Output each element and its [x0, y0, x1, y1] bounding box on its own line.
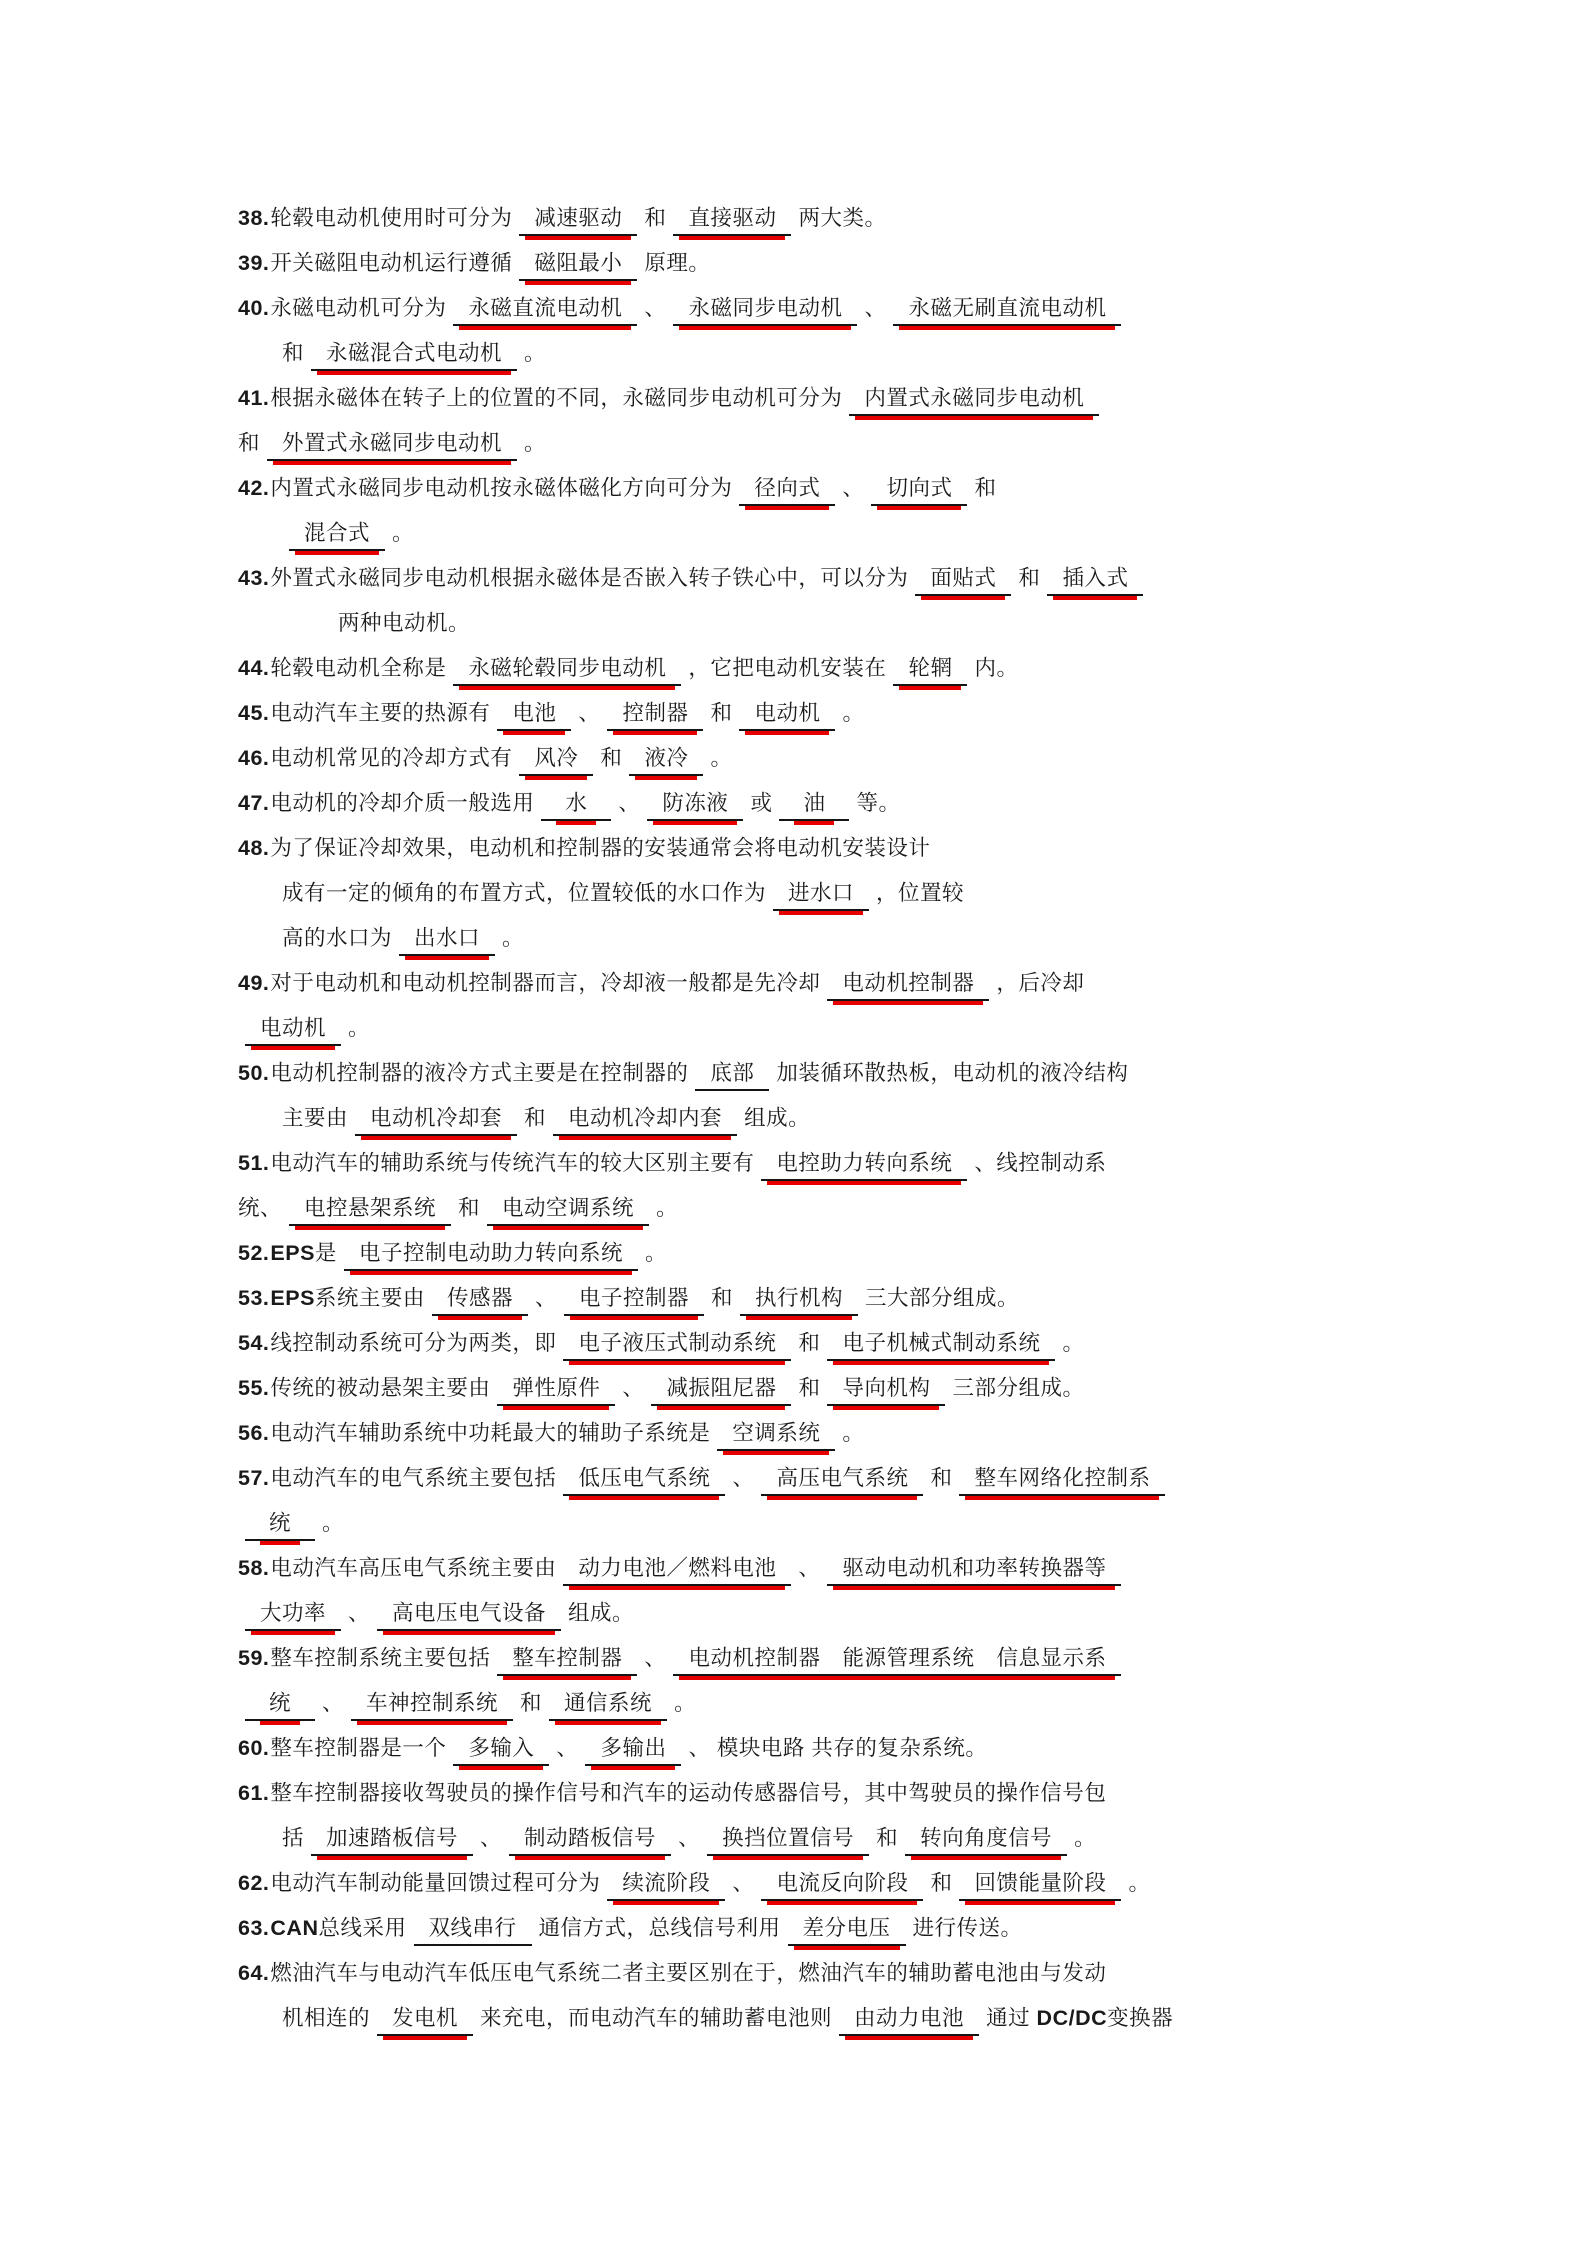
- question-text: 和: [974, 476, 996, 500]
- question-text: 为了保证冷却效果，电动机和控制器的安装通常会将电动机安装设计: [270, 836, 930, 860]
- answer-text: 多输出: [600, 1735, 666, 1761]
- answer-text: 电子控制器: [579, 1285, 689, 1311]
- question-text: 、: [535, 1286, 557, 1310]
- question-text: 统、: [238, 1196, 282, 1220]
- answer-text: 回馈能量阶段: [974, 1870, 1106, 1896]
- answer-text: 永磁直流电动机: [468, 295, 622, 321]
- question-text: 。: [392, 521, 414, 545]
- answer-text: 整车控制器: [512, 1645, 622, 1671]
- question-text: 主要由: [282, 1106, 348, 1130]
- question-text: 和: [238, 431, 260, 455]
- answer-blank: 减速驱动: [519, 205, 637, 236]
- answer-blank: 插入式: [1047, 565, 1143, 596]
- question-text: 燃油汽车与电动汽车低压电气系统二者主要区别在于，燃油汽车的辅助蓄电池由与发动: [270, 1961, 1106, 1985]
- answer-blank: 发电机: [377, 2005, 473, 2036]
- question-text: 。: [1062, 1331, 1084, 1355]
- question-text: 内置式永磁同步电动机按永磁体磁化方向可分为: [270, 476, 732, 500]
- answer-blank: 加速踏板信号: [311, 1825, 473, 1856]
- question-text: 和: [876, 1826, 898, 1850]
- question-text: 括: [282, 1826, 304, 1850]
- answer-text: 空调系统: [732, 1420, 820, 1446]
- question-text: 两大类。: [798, 206, 886, 230]
- answer-blank: 统: [245, 1510, 315, 1541]
- question-text: 三部分组成。: [952, 1376, 1084, 1400]
- question-text: 组成。: [568, 1601, 634, 1625]
- answer-text: 减速驱动: [534, 205, 622, 231]
- question-line: 50.电动机控制器的液冷方式主要是在控制器的底部加装循环散热板，电动机的液冷结构: [238, 1051, 1593, 1096]
- question-line: 41.根据永磁体在转子上的位置的不同，永磁同步电动机可分为内置式永磁同步电动机: [238, 376, 1593, 421]
- question-line: 53.EPS系统主要由传感器、电子控制器和执行机构三大部分组成。: [238, 1276, 1593, 1321]
- answer-blank: 混合式: [289, 520, 385, 551]
- answer-text: 内置式永磁同步电动机: [864, 385, 1084, 411]
- answer-blank: 电动机: [245, 1015, 341, 1046]
- question-number: 56.: [238, 1421, 269, 1445]
- question-text: 开关磁阻电动机运行遵循: [270, 251, 512, 275]
- answer-text: 电动机冷却套: [370, 1105, 502, 1131]
- answer-text: 转向角度信号: [920, 1825, 1052, 1851]
- question-text: 两种电动机。: [338, 611, 470, 635]
- question-text: ，它把电动机安装在: [688, 656, 886, 680]
- question-text: 。: [656, 1196, 678, 1220]
- answer-blank: 整车网络化控制系: [959, 1465, 1165, 1496]
- question-text: 整车控制器是一个: [270, 1736, 446, 1760]
- question-line: 42.内置式永磁同步电动机按永磁体磁化方向可分为径向式、切向式和: [238, 466, 1593, 511]
- answer-blank: 永磁混合式电动机: [311, 340, 517, 371]
- question-text: 。: [645, 1241, 667, 1265]
- question-text: 、: [864, 296, 886, 320]
- answer-blank: 由动力电池: [839, 2005, 979, 2036]
- answer-text: 电子液压式制动系统: [578, 1330, 776, 1356]
- answer-blank: 驱动电动机和功率转换器等: [827, 1555, 1121, 1586]
- question-text: 轮毂电动机全称是: [270, 656, 446, 680]
- answer-blank: 电动机冷却套: [355, 1105, 517, 1136]
- question-text: 和: [930, 1466, 952, 1490]
- question-line: 60.整车控制器是一个多输入、多输出、 模块电路 共存的复杂系统。: [238, 1726, 1593, 1771]
- answer-blank: 出水口: [399, 925, 495, 956]
- answer-blank: 车神控制系统: [351, 1690, 513, 1721]
- question-line: 57.电动汽车的电气系统主要包括低压电气系统、高压电气系统和整车网络化控制系: [238, 1456, 1593, 1501]
- question-number: 62.: [238, 1871, 269, 1895]
- question-text: 、: [556, 1736, 578, 1760]
- answer-text: 多输入: [468, 1735, 534, 1761]
- question-text: 总线采用: [318, 1916, 406, 1940]
- question-line: 机相连的发电机来充电，而电动汽车的辅助蓄电池则由动力电池通过 DC/DC变换器: [282, 1996, 1593, 2041]
- question-text: 通过: [986, 2006, 1036, 2030]
- answer-blank: 电子机械式制动系统: [827, 1330, 1055, 1361]
- answer-text: 底部: [710, 1060, 754, 1086]
- question-number: 40.: [238, 296, 269, 320]
- answer-blank: 电池: [497, 700, 571, 731]
- answer-blank: 导向机构: [827, 1375, 945, 1406]
- answer-text: 磁阻最小: [534, 250, 622, 276]
- question-text: 通信方式，总线信号利用: [539, 1916, 781, 1940]
- answer-text: 电动机控制器 能源管理系统 信息显示系: [688, 1645, 1106, 1671]
- answer-blank: 永磁同步电动机: [673, 295, 857, 326]
- question-text: 和: [798, 1331, 820, 1355]
- question-text: 和: [930, 1871, 952, 1895]
- answer-text: 径向式: [754, 475, 820, 501]
- answer-blank: 电子控制器: [564, 1285, 704, 1316]
- answer-blank: 减振阻尼器: [651, 1375, 791, 1406]
- question-text: 高的水口为: [282, 926, 392, 950]
- answer-blank: 底部: [695, 1060, 769, 1091]
- question-text: 内。: [974, 656, 1018, 680]
- answer-text: 双线串行: [429, 1915, 517, 1941]
- question-text: 传统的被动悬架主要由: [270, 1376, 490, 1400]
- question-number: 55.: [238, 1376, 269, 1400]
- question-text: 电动机常见的冷却方式有: [270, 746, 512, 770]
- question-text: 和: [600, 746, 622, 770]
- question-line: 主要由电动机冷却套和电动机冷却内套组成。: [282, 1096, 1593, 1141]
- question-text: 、: [644, 296, 666, 320]
- answer-blank: 风冷: [519, 745, 593, 776]
- question-text: DC/DC: [1037, 2006, 1108, 2030]
- question-text: 、: [622, 1376, 644, 1400]
- answer-blank: 永磁无刷直流电动机: [893, 295, 1121, 326]
- answer-blank: 进水口: [773, 880, 869, 911]
- question-line: 44.轮毂电动机全称是永磁轮毂同步电动机，它把电动机安装在轮辋内。: [238, 646, 1593, 691]
- question-number: 57.: [238, 1466, 269, 1490]
- question-number: 61.: [238, 1781, 269, 1805]
- question-text: 。: [842, 1421, 864, 1445]
- question-line: 62.电动汽车制动能量回馈过程可分为续流阶段、电流反向阶段和回馈能量阶段。: [238, 1861, 1593, 1906]
- question-line: 59.整车控制系统主要包括整车控制器、电动机控制器 能源管理系统 信息显示系: [238, 1636, 1593, 1681]
- question-text: 和: [282, 341, 304, 365]
- question-text: 、: [678, 1826, 700, 1850]
- question-number: 45.: [238, 701, 269, 725]
- question-text: 外置式永磁同步电动机根据永磁体是否嵌入转子铁心中，可以分为: [270, 566, 908, 590]
- question-text: 等。: [856, 791, 900, 815]
- question-text: 、: [618, 791, 640, 815]
- answer-blank: 弹性原件: [497, 1375, 615, 1406]
- question-text: 原理。: [644, 251, 710, 275]
- answer-blank: 电流反向阶段: [761, 1870, 923, 1901]
- answer-blank: 外置式永磁同步电动机: [267, 430, 517, 461]
- question-text: 。: [348, 1016, 370, 1040]
- question-line: 52.EPS是电子控制电动助力转向系统。: [238, 1231, 1593, 1276]
- answer-blank: 差分电压: [788, 1915, 906, 1946]
- answer-blank: 水: [541, 790, 611, 821]
- answer-blank: 防冻液: [647, 790, 743, 821]
- question-number: 46.: [238, 746, 269, 770]
- answer-text: 大功率: [260, 1600, 326, 1626]
- question-line: 高的水口为出水口。: [282, 916, 1593, 961]
- question-line: 38.轮毂电动机使用时可分为减速驱动和直接驱动两大类。: [238, 196, 1593, 241]
- answer-blank: 整车控制器: [497, 1645, 637, 1676]
- answer-blank: 制动踏板信号: [509, 1825, 671, 1856]
- answer-text: 减振阻尼器: [666, 1375, 776, 1401]
- question-text: 和: [458, 1196, 480, 1220]
- question-text: 、: [348, 1601, 370, 1625]
- answer-text: 制动踏板信号: [524, 1825, 656, 1851]
- answer-text: 切向式: [886, 475, 952, 501]
- answer-text: 混合式: [304, 520, 370, 546]
- question-text: 永磁电动机可分为: [270, 296, 446, 320]
- answer-blank: 磁阻最小: [519, 250, 637, 281]
- question-line: 61.整车控制器接收驾驶员的操作信号和汽车的运动传感器信号，其中驾驶员的操作信号…: [238, 1771, 1593, 1816]
- answer-blank: 多输入: [453, 1735, 549, 1766]
- answer-text: 控制器: [622, 700, 688, 726]
- question-line: 统、车神控制系统和通信系统。: [238, 1681, 1593, 1726]
- answer-blank: 切向式: [871, 475, 967, 506]
- answer-text: 永磁同步电动机: [688, 295, 842, 321]
- question-line: 58.电动汽车高压电气系统主要由动力电池／燃料电池、驱动电动机和功率转换器等: [238, 1546, 1593, 1591]
- question-text: 加装循环散热板，电动机的液冷结构: [776, 1061, 1128, 1085]
- answer-text: 液冷: [644, 745, 688, 771]
- answer-blank: 高电压电气设备: [377, 1600, 561, 1631]
- question-line: 45.电动汽车主要的热源有电池、控制器和电动机。: [238, 691, 1593, 736]
- question-text: 电动汽车的电气系统主要包括: [270, 1466, 556, 1490]
- answer-blank: 内置式永磁同步电动机: [849, 385, 1099, 416]
- answer-text: 永磁轮毂同步电动机: [468, 655, 666, 681]
- answer-blank: 高压电气系统: [761, 1465, 923, 1496]
- answer-text: 轮辋: [908, 655, 952, 681]
- answer-text: 加速踏板信号: [326, 1825, 458, 1851]
- answer-blank: 统: [245, 1690, 315, 1721]
- question-text: 。: [322, 1511, 344, 1535]
- question-text: EPS: [270, 1286, 315, 1310]
- question-text: 、: [578, 701, 600, 725]
- question-number: 58.: [238, 1556, 269, 1580]
- question-text: 成有一定的倾角的布置方式，位置较低的水口作为: [282, 881, 766, 905]
- answer-text: 弹性原件: [512, 1375, 600, 1401]
- question-line: 40.永磁电动机可分为永磁直流电动机、永磁同步电动机、永磁无刷直流电动机: [238, 286, 1593, 331]
- answer-blank: 执行机构: [740, 1285, 858, 1316]
- question-number: 41.: [238, 386, 269, 410]
- answer-blank: 电控悬架系统: [289, 1195, 451, 1226]
- question-text: 整车控制系统主要包括: [270, 1646, 490, 1670]
- question-line: 大功率、高电压电气设备组成。: [238, 1591, 1593, 1636]
- answer-text: 风冷: [534, 745, 578, 771]
- question-text: 对于电动机和电动机控制器而言，冷却液一般都是先冷却: [270, 971, 820, 995]
- answer-text: 高电压电气设备: [392, 1600, 546, 1626]
- answer-text: 电动机控制器: [842, 970, 974, 996]
- answer-blank: 永磁直流电动机: [453, 295, 637, 326]
- question-line: 和外置式永磁同步电动机。: [238, 421, 1593, 466]
- question-line: 括加速踏板信号、制动踏板信号、换挡位置信号和转向角度信号。: [282, 1816, 1593, 1861]
- answer-blank: 径向式: [739, 475, 835, 506]
- question-text: 电动汽车高压电气系统主要由: [270, 1556, 556, 1580]
- question-line: 55.传统的被动悬架主要由弹性原件、减振阻尼器和导向机构三部分组成。: [238, 1366, 1593, 1411]
- question-text: 、: [322, 1691, 344, 1715]
- answer-text: 低压电气系统: [578, 1465, 710, 1491]
- answer-blank: 低压电气系统: [563, 1465, 725, 1496]
- question-number: 44.: [238, 656, 269, 680]
- answer-text: 电流反向阶段: [776, 1870, 908, 1896]
- answer-text: 电控悬架系统: [304, 1195, 436, 1221]
- question-line: 和永磁混合式电动机。: [282, 331, 1593, 376]
- answer-text: 执行机构: [755, 1285, 843, 1311]
- answer-blank: 电动空调系统: [487, 1195, 649, 1226]
- question-line: 48.为了保证冷却效果，电动机和控制器的安装通常会将电动机安装设计: [238, 826, 1593, 871]
- question-text: 电动机控制器的液冷方式主要是在控制器的: [270, 1061, 688, 1085]
- question-text: 整车控制器接收驾驶员的操作信号和汽车的运动传感器信号，其中驾驶员的操作信号包: [270, 1781, 1106, 1805]
- answer-text: 发电机: [392, 2005, 458, 2031]
- answer-blank: 大功率: [245, 1600, 341, 1631]
- question-text: 和: [798, 1376, 820, 1400]
- answer-text: 由动力电池: [854, 2005, 964, 2031]
- answer-blank: 双线串行: [414, 1915, 532, 1946]
- question-line: 49.对于电动机和电动机控制器而言，冷却液一般都是先冷却电动机控制器，后冷却: [238, 961, 1593, 1006]
- question-line: 两种电动机。: [338, 601, 1593, 646]
- question-number: 50.: [238, 1061, 269, 1085]
- answer-text: 插入式: [1062, 565, 1128, 591]
- question-text: 是: [315, 1241, 337, 1265]
- question-number: 53.: [238, 1286, 269, 1310]
- question-text: 和: [711, 1286, 733, 1310]
- question-number: 52.: [238, 1241, 269, 1265]
- question-text: 。: [842, 701, 864, 725]
- answer-text: 外置式永磁同步电动机: [282, 430, 502, 456]
- answer-text: 电控助力转向系统: [776, 1150, 952, 1176]
- question-text: 来充电，而电动汽车的辅助蓄电池则: [480, 2006, 832, 2030]
- question-text: ，后冷却: [996, 971, 1084, 995]
- answer-blank: 电动机: [739, 700, 835, 731]
- question-line: 51.电动汽车的辅助系统与传统汽车的较大区别主要有电控助力转向系统、线控制动系: [238, 1141, 1593, 1186]
- question-text: 。: [1074, 1826, 1096, 1850]
- question-number: 51.: [238, 1151, 269, 1175]
- question-text: 变换器: [1107, 2006, 1173, 2030]
- question-text: 和: [1018, 566, 1040, 590]
- answer-text: 动力电池／燃料电池: [578, 1555, 776, 1581]
- answer-text: 换挡位置信号: [722, 1825, 854, 1851]
- answer-text: 统: [269, 1510, 291, 1536]
- answer-text: 直接驱动: [688, 205, 776, 231]
- answer-blank: 油: [779, 790, 849, 821]
- question-text: 。: [524, 431, 546, 455]
- question-text: 或: [750, 791, 772, 815]
- answer-text: 油: [803, 790, 825, 816]
- question-line: 43.外置式永磁同步电动机根据永磁体是否嵌入转子铁心中，可以分为面贴式和插入式: [238, 556, 1593, 601]
- question-text: 、: [798, 1556, 820, 1580]
- question-line: 56.电动汽车辅助系统中功耗最大的辅助子系统是空调系统。: [238, 1411, 1593, 1456]
- answer-text: 电动空调系统: [502, 1195, 634, 1221]
- question-text: 、: [732, 1466, 754, 1490]
- answer-blank: 电动机控制器 能源管理系统 信息显示系: [673, 1645, 1121, 1676]
- answer-text: 电动机: [754, 700, 820, 726]
- answer-text: 电子机械式制动系统: [842, 1330, 1040, 1356]
- question-line: 47.电动机的冷却介质一般选用水、防冻液或油等。: [238, 781, 1593, 826]
- answer-text: 车神控制系统: [366, 1690, 498, 1716]
- answer-blank: 直接驱动: [673, 205, 791, 236]
- answer-blank: 电子控制电动助力转向系统: [344, 1240, 638, 1271]
- answer-blank: 电子液压式制动系统: [563, 1330, 791, 1361]
- question-text: 、: [842, 476, 864, 500]
- answer-blank: 转向角度信号: [905, 1825, 1067, 1856]
- question-number: 47.: [238, 791, 269, 815]
- answer-text: 续流阶段: [622, 1870, 710, 1896]
- answer-blank: 电动机控制器: [827, 970, 989, 1001]
- answer-blank: 空调系统: [717, 1420, 835, 1451]
- question-text: 轮毂电动机使用时可分为: [270, 206, 512, 230]
- answer-text: 电动机: [260, 1015, 326, 1041]
- answer-text: 电池: [512, 700, 556, 726]
- answer-text: 传感器: [447, 1285, 513, 1311]
- question-line: 成有一定的倾角的布置方式，位置较低的水口作为进水口，位置较: [282, 871, 1593, 916]
- answer-text: 水: [565, 790, 587, 816]
- question-text: 和: [524, 1106, 546, 1130]
- question-number: 64.: [238, 1961, 269, 1985]
- question-text: 和: [710, 701, 732, 725]
- answer-blank: 面贴式: [915, 565, 1011, 596]
- question-text: 进行传送。: [913, 1916, 1023, 1940]
- answer-text: 通信系统: [564, 1690, 652, 1716]
- question-number: 42.: [238, 476, 269, 500]
- answer-blank: 控制器: [607, 700, 703, 731]
- question-text: 电动汽车的辅助系统与传统汽车的较大区别主要有: [270, 1151, 754, 1175]
- question-number: 38.: [238, 206, 269, 230]
- question-line: 统。: [238, 1501, 1593, 1546]
- question-text: 根据永磁体在转子上的位置的不同，永磁同步电动机可分为: [270, 386, 842, 410]
- answer-text: 导向机构: [842, 1375, 930, 1401]
- question-number: 63.: [238, 1916, 269, 1940]
- answer-blank: 回馈能量阶段: [959, 1870, 1121, 1901]
- answer-text: 差分电压: [803, 1915, 891, 1941]
- question-line: 39.开关磁阻电动机运行遵循磁阻最小原理。: [238, 241, 1593, 286]
- question-text: 系统主要由: [315, 1286, 425, 1310]
- answer-text: 面贴式: [930, 565, 996, 591]
- answer-text: 统: [269, 1690, 291, 1716]
- question-number: 60.: [238, 1736, 269, 1760]
- question-text: 。: [1128, 1871, 1150, 1895]
- answer-blank: 电动机冷却内套: [553, 1105, 737, 1136]
- question-line: 54.线控制动系统可分为两类，即电子液压式制动系统和电子机械式制动系统。: [238, 1321, 1593, 1366]
- question-text: 电动机的冷却介质一般选用: [270, 791, 534, 815]
- question-text: 、: [732, 1871, 754, 1895]
- question-number: 54.: [238, 1331, 269, 1355]
- answer-blank: 动力电池／燃料电池: [563, 1555, 791, 1586]
- question-text: 线控制动系统可分为两类，即: [270, 1331, 556, 1355]
- question-text: ，位置较: [876, 881, 964, 905]
- question-text: 和: [520, 1691, 542, 1715]
- answer-text: 永磁混合式电动机: [326, 340, 502, 366]
- question-line: 46.电动机常见的冷却方式有风冷和液冷。: [238, 736, 1593, 781]
- question-text: 、: [480, 1826, 502, 1850]
- document-page: 38.轮毂电动机使用时可分为减速驱动和直接驱动两大类。39.开关磁阻电动机运行遵…: [0, 0, 1593, 2041]
- question-line: 统、电控悬架系统和电动空调系统。: [238, 1186, 1593, 1231]
- answer-text: 进水口: [788, 880, 854, 906]
- question-line: 混合式。: [282, 511, 1593, 556]
- answer-text: 高压电气系统: [776, 1465, 908, 1491]
- question-text: 电动汽车主要的热源有: [270, 701, 490, 725]
- answer-text: 整车网络化控制系: [974, 1465, 1150, 1491]
- question-text: 、 模块电路 共存的复杂系统。: [688, 1736, 987, 1760]
- question-line: 63.CAN总线采用双线串行通信方式，总线信号利用差分电压进行传送。: [238, 1906, 1593, 1951]
- question-text: 。: [674, 1691, 696, 1715]
- answer-blank: 多输出: [585, 1735, 681, 1766]
- answer-blank: 液冷: [629, 745, 703, 776]
- question-number: 49.: [238, 971, 269, 995]
- answer-text: 出水口: [414, 925, 480, 951]
- answer-text: 电子控制电动助力转向系统: [359, 1240, 623, 1266]
- question-text: 三大部分组成。: [865, 1286, 1019, 1310]
- question-text: 和: [644, 206, 666, 230]
- answer-blank: 通信系统: [549, 1690, 667, 1721]
- question-text: 、线控制动系: [974, 1151, 1106, 1175]
- question-text: 电动汽车制动能量回馈过程可分为: [270, 1871, 600, 1895]
- question-text: CAN: [270, 1916, 318, 1940]
- question-number: 39.: [238, 251, 269, 275]
- question-text: 组成。: [744, 1106, 810, 1130]
- answer-text: 永磁无刷直流电动机: [908, 295, 1106, 321]
- answer-text: 电动机冷却内套: [568, 1105, 722, 1131]
- question-text: EPS: [270, 1241, 315, 1265]
- question-line: 64.燃油汽车与电动汽车低压电气系统二者主要区别在于，燃油汽车的辅助蓄电池由与发…: [238, 1951, 1593, 1996]
- answer-blank: 传感器: [432, 1285, 528, 1316]
- question-text: 电动汽车辅助系统中功耗最大的辅助子系统是: [270, 1421, 710, 1445]
- question-text: 。: [502, 926, 524, 950]
- question-number: 59.: [238, 1646, 269, 1670]
